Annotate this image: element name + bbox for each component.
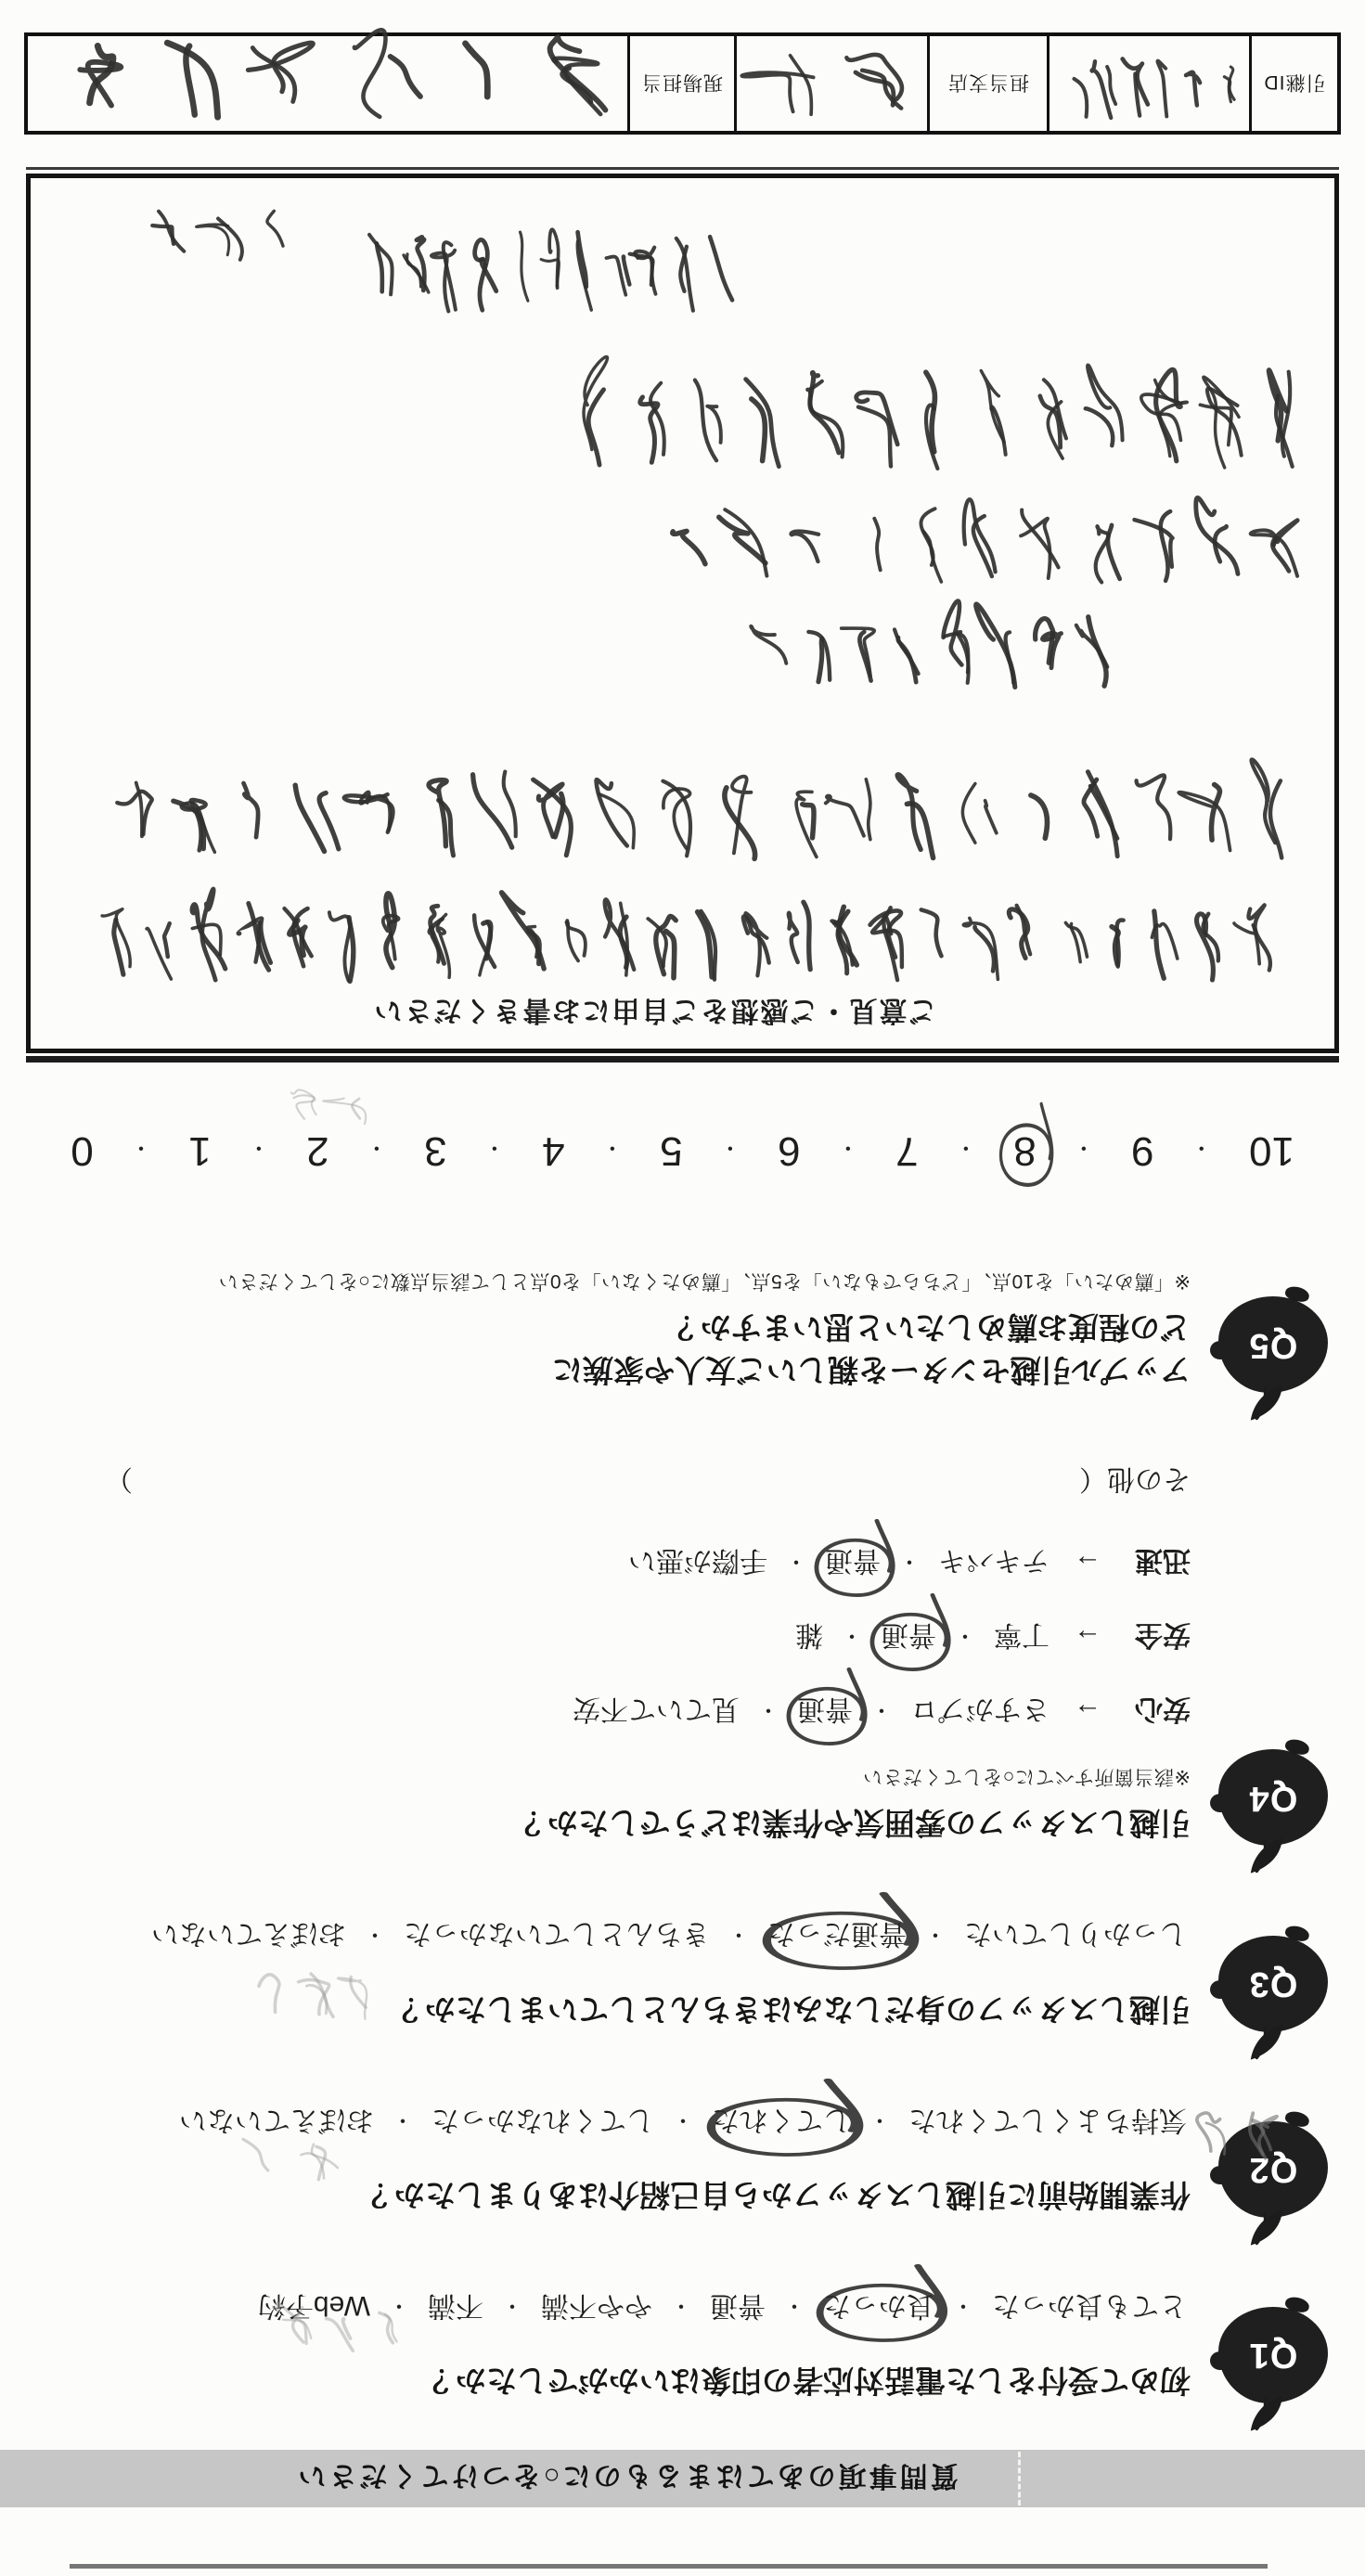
scale-value: 0 <box>65 1126 98 1176</box>
question-text: 引越しスタッフの身だしなみはきちんとしていましたか？ <box>37 1987 1191 2029</box>
question-content: 引越しスタッフの身だしなみはきちんとしていましたか？しっかりしていた・普通だった… <box>37 1914 1191 2033</box>
option-item: 普通 <box>706 2286 769 2331</box>
option-selected: 良かった <box>819 2286 938 2331</box>
scale-value: 10 <box>1243 1126 1300 1176</box>
option-item: 手際が悪い <box>625 1541 771 1586</box>
leaf-icon <box>1240 1381 1294 1425</box>
option-selected: してくれた <box>708 2101 855 2145</box>
question-badge-q5: Q5 <box>1218 1296 1328 1393</box>
option-label: 不満 <box>428 2290 483 2321</box>
criteria-row-1: 安全→丁寧・普通・雑 <box>37 1616 1191 1660</box>
answer-options: とても良かった・良かった・普通・やや不満・不満・Web予約 <box>37 2286 1191 2331</box>
option-separator: ・ <box>350 1921 400 1953</box>
comment-box: ご意見・ご感想をご自由にお書きください <box>26 174 1339 1053</box>
scale-value: 7 <box>890 1126 923 1176</box>
scale-value: 5 <box>654 1126 688 1176</box>
option-label: しっかりしていた <box>964 1918 1187 1949</box>
option-selected: 普通 <box>793 1690 856 1734</box>
question-note: ※該当箇所すべてに○をしてください <box>37 1764 1191 1792</box>
scan-edge-artifact <box>70 2564 1268 2569</box>
pen-circle-mark <box>806 2277 951 2342</box>
scale-number: 10 <box>1243 1126 1300 1176</box>
leaf-icon <box>1240 1834 1294 1878</box>
criteria-label: 迅速 <box>1122 1543 1191 1584</box>
option-item: おぼえていない <box>175 2101 378 2145</box>
scale-number: 7 <box>890 1126 923 1176</box>
option-item: テキパキ <box>934 1541 1053 1586</box>
question-note: ※「薦めたい」を10点、「どちらでもない」を5点、「薦めたくない」を0点として該… <box>37 1269 1191 1296</box>
scale-number: 9 <box>1126 1126 1159 1176</box>
scale-value: 9 <box>1126 1126 1159 1176</box>
question-q2: Q2作業開始前に引越しスタッフから自己紹介はありましたか？気持ちよくしてくれた・… <box>37 2101 1328 2220</box>
option-label: Web予約 <box>258 2290 370 2321</box>
option-label: おぼえていない <box>179 2105 374 2135</box>
question-text: 引越しスタッフの雰囲気や作業はどうでしたか？ <box>37 1801 1191 1844</box>
option-item: 見ていて不安 <box>569 1690 743 1734</box>
option-item: してくれなかった <box>428 2101 658 2145</box>
question-text: アップル引越センターを親しいご友人や家族に <box>37 1348 1191 1391</box>
scale-number: 2 <box>301 1126 334 1176</box>
handwritten-comments <box>31 178 1334 1049</box>
option-item: とても良かった <box>988 2286 1191 2331</box>
question-text: 作業開始前に引越しスタッフから自己紹介はありましたか？ <box>37 2173 1191 2216</box>
option-label: やや不満 <box>541 2290 652 2321</box>
instruction-text: 質問事項のあてはまるものに○をつけてください <box>295 2458 958 2499</box>
pen-circle-mark <box>751 1905 923 1970</box>
option-item: しっかりしていた <box>960 1914 1191 1959</box>
option-label: きちんとしていなかった <box>404 1918 710 1949</box>
instruction-bar: 質問事項のあてはまるものに○をつけてください <box>0 2450 1365 2507</box>
question-badge-q4: Q4 <box>1218 1749 1328 1846</box>
scale-value: 6 <box>772 1126 805 1176</box>
option-separator: ・ <box>374 2292 424 2325</box>
question-badge-q3: Q3 <box>1218 1936 1328 2032</box>
handwriting-line-l2 <box>105 763 1302 867</box>
question-text: 初めて受付をした電話対応者の印象はいかがでしたか？ <box>37 2359 1191 2402</box>
other-option-row: その他（） <box>37 1462 1191 1502</box>
handwriting-line-note <box>142 204 300 264</box>
option-item: 丁寧 <box>990 1616 1053 1660</box>
criteria-label: 安心 <box>1122 1692 1191 1732</box>
handwritten-entry <box>748 49 920 123</box>
scale-value: 2 <box>301 1126 334 1176</box>
arrow-glyph: → <box>1053 1696 1122 1728</box>
scale-separator: ・ <box>130 1134 152 1166</box>
option-label: おぼえていない <box>151 1918 346 1949</box>
scanned-sheet-rotated-180: 質問事項のあてはまるものに○をつけてください Q1初めて受付をした電話対応者の印… <box>0 0 1365 2576</box>
option-label: さすがプロ <box>910 1694 1050 1724</box>
question-number: Q3 <box>1249 1964 1298 2003</box>
question-content: 引越しスタッフの雰囲気や作業はどうでしたか？※該当箇所すべてに○をしてください安… <box>37 1462 1191 1848</box>
question-badge-q2: Q2 <box>1218 2121 1328 2218</box>
pen-circle-mark <box>695 2092 868 2157</box>
scale-number: 5 <box>654 1126 688 1176</box>
scale-number: 0 <box>65 1126 98 1176</box>
pen-circle-mark <box>808 1532 897 1597</box>
scale-number: 6 <box>772 1126 805 1176</box>
question-text: どの程度お薦めしたいと思いますか？ <box>37 1306 1191 1348</box>
scale-separator: ・ <box>955 1134 977 1166</box>
answer-options: 気持ちよくしてくれた・してくれた・してくれなかった・おぼえていない <box>37 2101 1191 2145</box>
scanned-survey-page: { "scan": { "orientation_degrees": 180 }… <box>0 0 1365 2576</box>
handwriting-line-l5 <box>564 362 1307 481</box>
scale-separator: ・ <box>719 1134 741 1166</box>
scale-separator: ・ <box>1191 1134 1213 1166</box>
criteria-row-0: 安心→さすがプロ・普通・見ていて不安 <box>37 1690 1191 1734</box>
scale-number: 4 <box>536 1126 570 1176</box>
handwritten-value-1 <box>734 36 927 131</box>
scale-separator: ・ <box>248 1134 270 1166</box>
scale-number: 1 <box>183 1126 216 1176</box>
scale-separator: ・ <box>837 1134 859 1166</box>
option-label: 見ていて不安 <box>573 1694 740 1724</box>
table-label-text: 現場担当 <box>634 70 730 97</box>
leaf-icon <box>1240 2020 1294 2065</box>
scale-value: 1 <box>183 1126 216 1176</box>
scale-separator: ・ <box>601 1134 624 1166</box>
handover-info-table: 引継ID担当支店現場担当 <box>24 32 1341 135</box>
option-label: とても良かった <box>992 2290 1187 2321</box>
option-label: 手際が悪い <box>628 1545 767 1576</box>
nps-scale: 10・9・8・7・6・5・4・3・2・1・0 <box>65 1126 1300 1176</box>
question-badge-q1: Q1 <box>1218 2307 1328 2403</box>
option-item: きちんとしていなかった <box>400 1914 714 1959</box>
question-list: Q1初めて受付をした電話対応者の印象はいかがでしたか？とても良かった・良かった・… <box>0 1269 1365 2405</box>
scale-separator: ・ <box>366 1134 388 1166</box>
scale-value: 4 <box>536 1126 570 1176</box>
arrow-glyph: → <box>1053 1622 1122 1654</box>
pen-circle-mark <box>780 1681 869 1745</box>
option-separator: ・ <box>378 2106 428 2139</box>
table-label-text: 引継ID <box>1256 70 1333 97</box>
option-item: 気持ちよくしてくれた <box>905 2101 1191 2145</box>
option-label: テキパキ <box>938 1545 1050 1576</box>
option-selected: 普通 <box>877 1616 940 1660</box>
option-label: してくれなかった <box>431 2105 654 2135</box>
option-item: 不満 <box>424 2286 487 2331</box>
handwriting-line-l6 <box>365 225 736 317</box>
option-item: さすがプロ <box>907 1690 1053 1734</box>
handwriting-line-l1 <box>96 895 1274 987</box>
pen-circle-mark <box>995 1116 1054 1187</box>
table-label-0: 引継ID <box>1249 36 1337 131</box>
handwritten-value-2 <box>28 36 627 131</box>
table-label-2: 現場担当 <box>627 36 734 131</box>
criteria-label: 安全 <box>1122 1617 1191 1658</box>
handwriting-line-l4 <box>657 499 1307 592</box>
handwritten-value-0 <box>1047 36 1249 131</box>
question-number: Q2 <box>1249 2149 1298 2189</box>
close-bracket: ） <box>105 1463 133 1494</box>
question-q4: Q4引越しスタッフの雰囲気や作業はどうでしたか？※該当箇所すべてに○をしてくださ… <box>37 1462 1328 1848</box>
table-label-text: 担当支店 <box>940 70 1037 97</box>
open-bracket: （ <box>1079 1463 1107 1494</box>
pen-circle-mark <box>864 1606 953 1671</box>
handwriting-line-l3 <box>745 606 1116 694</box>
scale-separator: ・ <box>483 1134 506 1166</box>
option-item: 雑 <box>792 1616 827 1660</box>
arrow-glyph: → <box>1053 1548 1122 1579</box>
question-q1: Q1初めて受付をした電話対応者の印象はいかがでしたか？とても良かった・良かった・… <box>37 2286 1328 2405</box>
question-q3: Q3引越しスタッフの身だしなみはきちんとしていましたか？しっかりしていた・普通だ… <box>37 1914 1328 2033</box>
handwritten-entry <box>1061 49 1242 123</box>
answer-options: しっかりしていた・普通だった・きちんとしていなかった・おぼえていない <box>37 1914 1191 1959</box>
question-number: Q4 <box>1249 1778 1298 1818</box>
other-label: その他 <box>1107 1463 1191 1494</box>
option-item: Web予約 <box>254 2286 374 2331</box>
criteria-row-2: 迅速→テキパキ・普通・手際が悪い <box>37 1541 1191 1586</box>
option-label: 気持ちよくしてくれた <box>908 2105 1187 2135</box>
option-item: やや不満 <box>537 2286 656 2331</box>
question-q5: Q5アップル引越センターを親しいご友人や家族にどの程度お薦めしたいと思いますか？… <box>37 1269 1328 1395</box>
scale-value-selected: 8 <box>1008 1126 1041 1176</box>
ink-bleed-mark <box>281 1086 374 1128</box>
question-number: Q5 <box>1249 1325 1298 1365</box>
table-label-1: 担当支店 <box>927 36 1047 131</box>
option-selected: 普通だった <box>764 1914 910 1959</box>
leaf-icon <box>1240 2391 1294 2436</box>
question-content: 作業開始前に引越しスタッフから自己紹介はありましたか？気持ちよくしてくれた・して… <box>37 2101 1191 2220</box>
scale-separator: ・ <box>1073 1134 1095 1166</box>
option-separator: ・ <box>487 2292 537 2325</box>
option-separator: ・ <box>656 2292 706 2325</box>
question-content: 初めて受付をした電話対応者の印象はいかがでしたか？とても良かった・良かった・普通… <box>37 2286 1191 2405</box>
option-selected: 普通 <box>821 1541 884 1586</box>
handwritten-entry <box>45 34 620 123</box>
leaf-icon <box>1240 2206 1294 2250</box>
option-label: 丁寧 <box>994 1619 1050 1650</box>
option-item: おぼえていない <box>148 1914 350 1959</box>
question-content: アップル引越センターを親しいご友人や家族にどの程度お薦めしたいと思いますか？※「… <box>37 1269 1191 1395</box>
option-label: 普通 <box>710 2290 766 2321</box>
question-number: Q1 <box>1249 2336 1298 2376</box>
scale-number: 3 <box>419 1126 452 1176</box>
option-label: 雑 <box>795 1619 823 1650</box>
scale-value: 3 <box>419 1126 452 1176</box>
